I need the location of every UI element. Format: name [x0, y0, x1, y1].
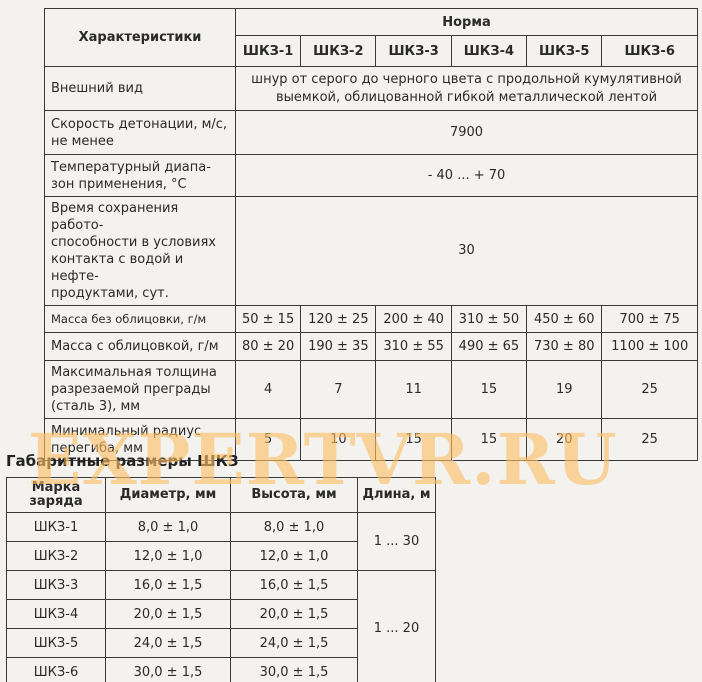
header-height: Высота, мм: [231, 478, 358, 513]
header-grade: ШКЗ-5: [527, 36, 602, 67]
appearance-value: шнур от серого до черного цвета с продол…: [236, 67, 698, 111]
label-line: разрезаемой преграды: [51, 381, 229, 398]
temperature-range-value: - 40 ... + 70: [236, 155, 698, 197]
table-row: ШКЗ-3 16,0 ± 1,5 16,0 ± 1,5 1 ... 20: [7, 571, 436, 600]
height-cell: 8,0 ± 1,0: [231, 513, 358, 542]
header-line: Марка: [7, 481, 105, 495]
cell-value: 4: [236, 361, 301, 419]
grade-cell: ШКЗ-6: [7, 658, 106, 682]
cell-value: 25: [602, 361, 698, 419]
detonation-speed-value: 7900: [236, 111, 698, 155]
height-cell: 30,0 ± 1,5: [231, 658, 358, 682]
label-line: Температурный диапа-: [51, 159, 229, 176]
cell-value: 80 ± 20: [236, 333, 301, 361]
header-grade: ШКЗ-6: [602, 36, 698, 67]
row-label: Масса без облицовки, г/м: [45, 306, 236, 333]
row-mass-without-cladding: Масса без облицовки, г/м 50 ± 15 120 ± 2…: [45, 306, 698, 333]
cell-value: 20: [527, 419, 602, 461]
cell-value: 190 ± 35: [301, 333, 376, 361]
header-characteristics: Характеристики: [45, 9, 236, 67]
cell-value: 310 ± 50: [451, 306, 526, 333]
row-label: Максимальная толщина разрезаемой преград…: [45, 361, 236, 419]
row-label: Скорость детонации, м/с, не менее: [45, 111, 236, 155]
grade-cell: ШКЗ-2: [7, 542, 106, 571]
grade-cell: ШКЗ-1: [7, 513, 106, 542]
label-line: продуктами, сут.: [51, 285, 229, 302]
header-grade: ШКЗ-3: [376, 36, 451, 67]
cell-value: 120 ± 25: [301, 306, 376, 333]
row-temperature-range: Температурный диапа- зон применения, °С …: [45, 155, 698, 197]
cell-value: 730 ± 80: [527, 333, 602, 361]
row-label: Внешний вид: [45, 67, 236, 111]
cell-value: 5: [236, 419, 301, 461]
dims-header-row: Марка заряда Диаметр, мм Высота, мм Длин…: [7, 478, 436, 513]
height-cell: 12,0 ± 1,0: [231, 542, 358, 571]
diameter-cell: 8,0 ± 1,0: [106, 513, 231, 542]
header-length: Длина, м: [358, 478, 436, 513]
header-grade: ШКЗ-1: [236, 36, 301, 67]
cell-value: 450 ± 60: [527, 306, 602, 333]
label-line: зон применения, °С: [51, 176, 229, 193]
cell-value: 15: [376, 419, 451, 461]
grade-cell: ШКЗ-5: [7, 629, 106, 658]
cell-value: 200 ± 40: [376, 306, 451, 333]
cell-value: 15: [451, 361, 526, 419]
row-mass-with-cladding: Масса с облицовкой, г/м 80 ± 20 190 ± 35…: [45, 333, 698, 361]
cell-value: 490 ± 65: [451, 333, 526, 361]
row-appearance: Внешний вид шнур от серого до черного цв…: [45, 67, 698, 111]
row-max-thickness: Максимальная толщина разрезаемой преград…: [45, 361, 698, 419]
diameter-cell: 30,0 ± 1,5: [106, 658, 231, 682]
diameter-cell: 24,0 ± 1,5: [106, 629, 231, 658]
cell-value: 700 ± 75: [602, 306, 698, 333]
cell-value: 10: [301, 419, 376, 461]
label-line: Максимальная толщина: [51, 364, 229, 381]
header-grade: Марка заряда: [7, 478, 106, 513]
characteristics-table: Характеристики Норма ШКЗ-1 ШКЗ-2 ШКЗ-3 Ш…: [44, 8, 698, 461]
header-diameter: Диаметр, мм: [106, 478, 231, 513]
label-line: Минимальный радиус: [51, 423, 229, 440]
diameter-cell: 16,0 ± 1,5: [106, 571, 231, 600]
cell-value: 7: [301, 361, 376, 419]
header-grade: ШКЗ-4: [451, 36, 526, 67]
diameter-cell: 20,0 ± 1,5: [106, 600, 231, 629]
cell-value: 25: [602, 419, 698, 461]
length-cell: 1 ... 20: [358, 571, 436, 682]
cell-value: 50 ± 15: [236, 306, 301, 333]
label-line: способности в условиях: [51, 234, 229, 251]
dimensions-table: Марка заряда Диаметр, мм Высота, мм Длин…: [6, 477, 436, 682]
height-cell: 20,0 ± 1,5: [231, 600, 358, 629]
table-row: ШКЗ-1 8,0 ± 1,0 8,0 ± 1,0 1 ... 30: [7, 513, 436, 542]
value-line: выемкой, облицованной гибкой металлическ…: [236, 89, 697, 107]
label-line: (сталь 3), мм: [51, 398, 229, 415]
height-cell: 24,0 ± 1,5: [231, 629, 358, 658]
header-line: заряда: [7, 495, 105, 509]
cell-value: 19: [527, 361, 602, 419]
header-norma: Норма: [236, 9, 698, 36]
diameter-cell: 12,0 ± 1,0: [106, 542, 231, 571]
row-label: Время сохранения работо- способности в у…: [45, 197, 236, 306]
label-line: Скорость детонации, м/с,: [51, 116, 229, 133]
label-line: Время сохранения работо-: [51, 200, 229, 234]
cell-value: 11: [376, 361, 451, 419]
grade-cell: ШКЗ-4: [7, 600, 106, 629]
row-label: Масса с облицовкой, г/м: [45, 333, 236, 361]
cell-value: 1100 ± 100: [602, 333, 698, 361]
row-detonation-speed: Скорость детонации, м/с, не менее 7900: [45, 111, 698, 155]
length-cell: 1 ... 30: [358, 513, 436, 571]
label-line: контакта с водой и нефте-: [51, 251, 229, 285]
grade-cell: ШКЗ-3: [7, 571, 106, 600]
label-line: не менее: [51, 133, 229, 150]
height-cell: 16,0 ± 1,5: [231, 571, 358, 600]
cell-value: 310 ± 55: [376, 333, 451, 361]
section-title: Габаритные размеры ШКЗ: [6, 452, 239, 470]
water-resistance-value: 30: [236, 197, 698, 306]
value-line: шнур от серого до черного цвета с продол…: [236, 71, 697, 89]
cell-value: 15: [451, 419, 526, 461]
row-water-resistance: Время сохранения работо- способности в у…: [45, 197, 698, 306]
row-label: Температурный диапа- зон применения, °С: [45, 155, 236, 197]
header-grade: ШКЗ-2: [301, 36, 376, 67]
